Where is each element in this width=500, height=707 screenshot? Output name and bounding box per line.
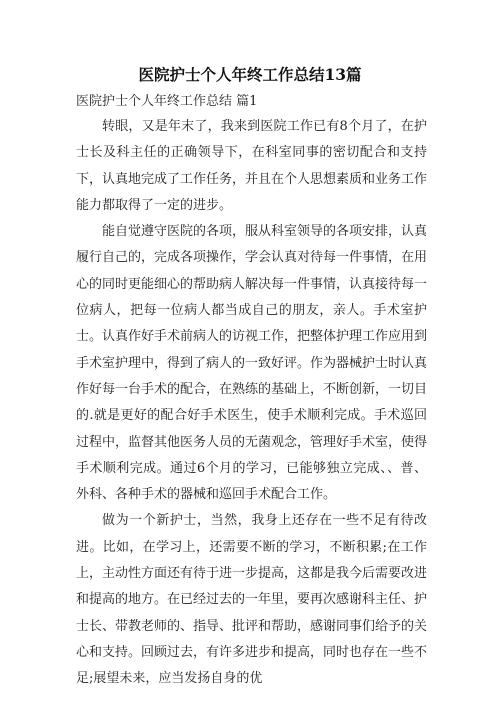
section-heading: 医院护士个人年终工作总结 篇1 bbox=[76, 91, 257, 113]
document-page: 医院护士个人年终工作总结13篇 医院护士个人年终工作总结 篇1 转眼，又是年末了… bbox=[0, 0, 500, 707]
paragraph: 做为一个新护士，当然，我身上还存在一些不足有待改进。比如，在学习上，还需要不断的… bbox=[76, 508, 427, 692]
paragraph: 转眼，又是年末了，我来到医院工作已有8个月了，在护士长及科主任的正确领导下，在科… bbox=[76, 114, 427, 219]
document-body: 转眼，又是年末了，我来到医院工作已有8个月了，在护士长及科主任的正确领导下，在科… bbox=[76, 114, 427, 693]
paragraph: 能自觉遵守医院的各项，服从科室领导的各项安排，认真履行自己的，完成各项操作，学会… bbox=[76, 219, 427, 508]
document-title: 医院护士个人年终工作总结13篇 bbox=[0, 64, 500, 86]
